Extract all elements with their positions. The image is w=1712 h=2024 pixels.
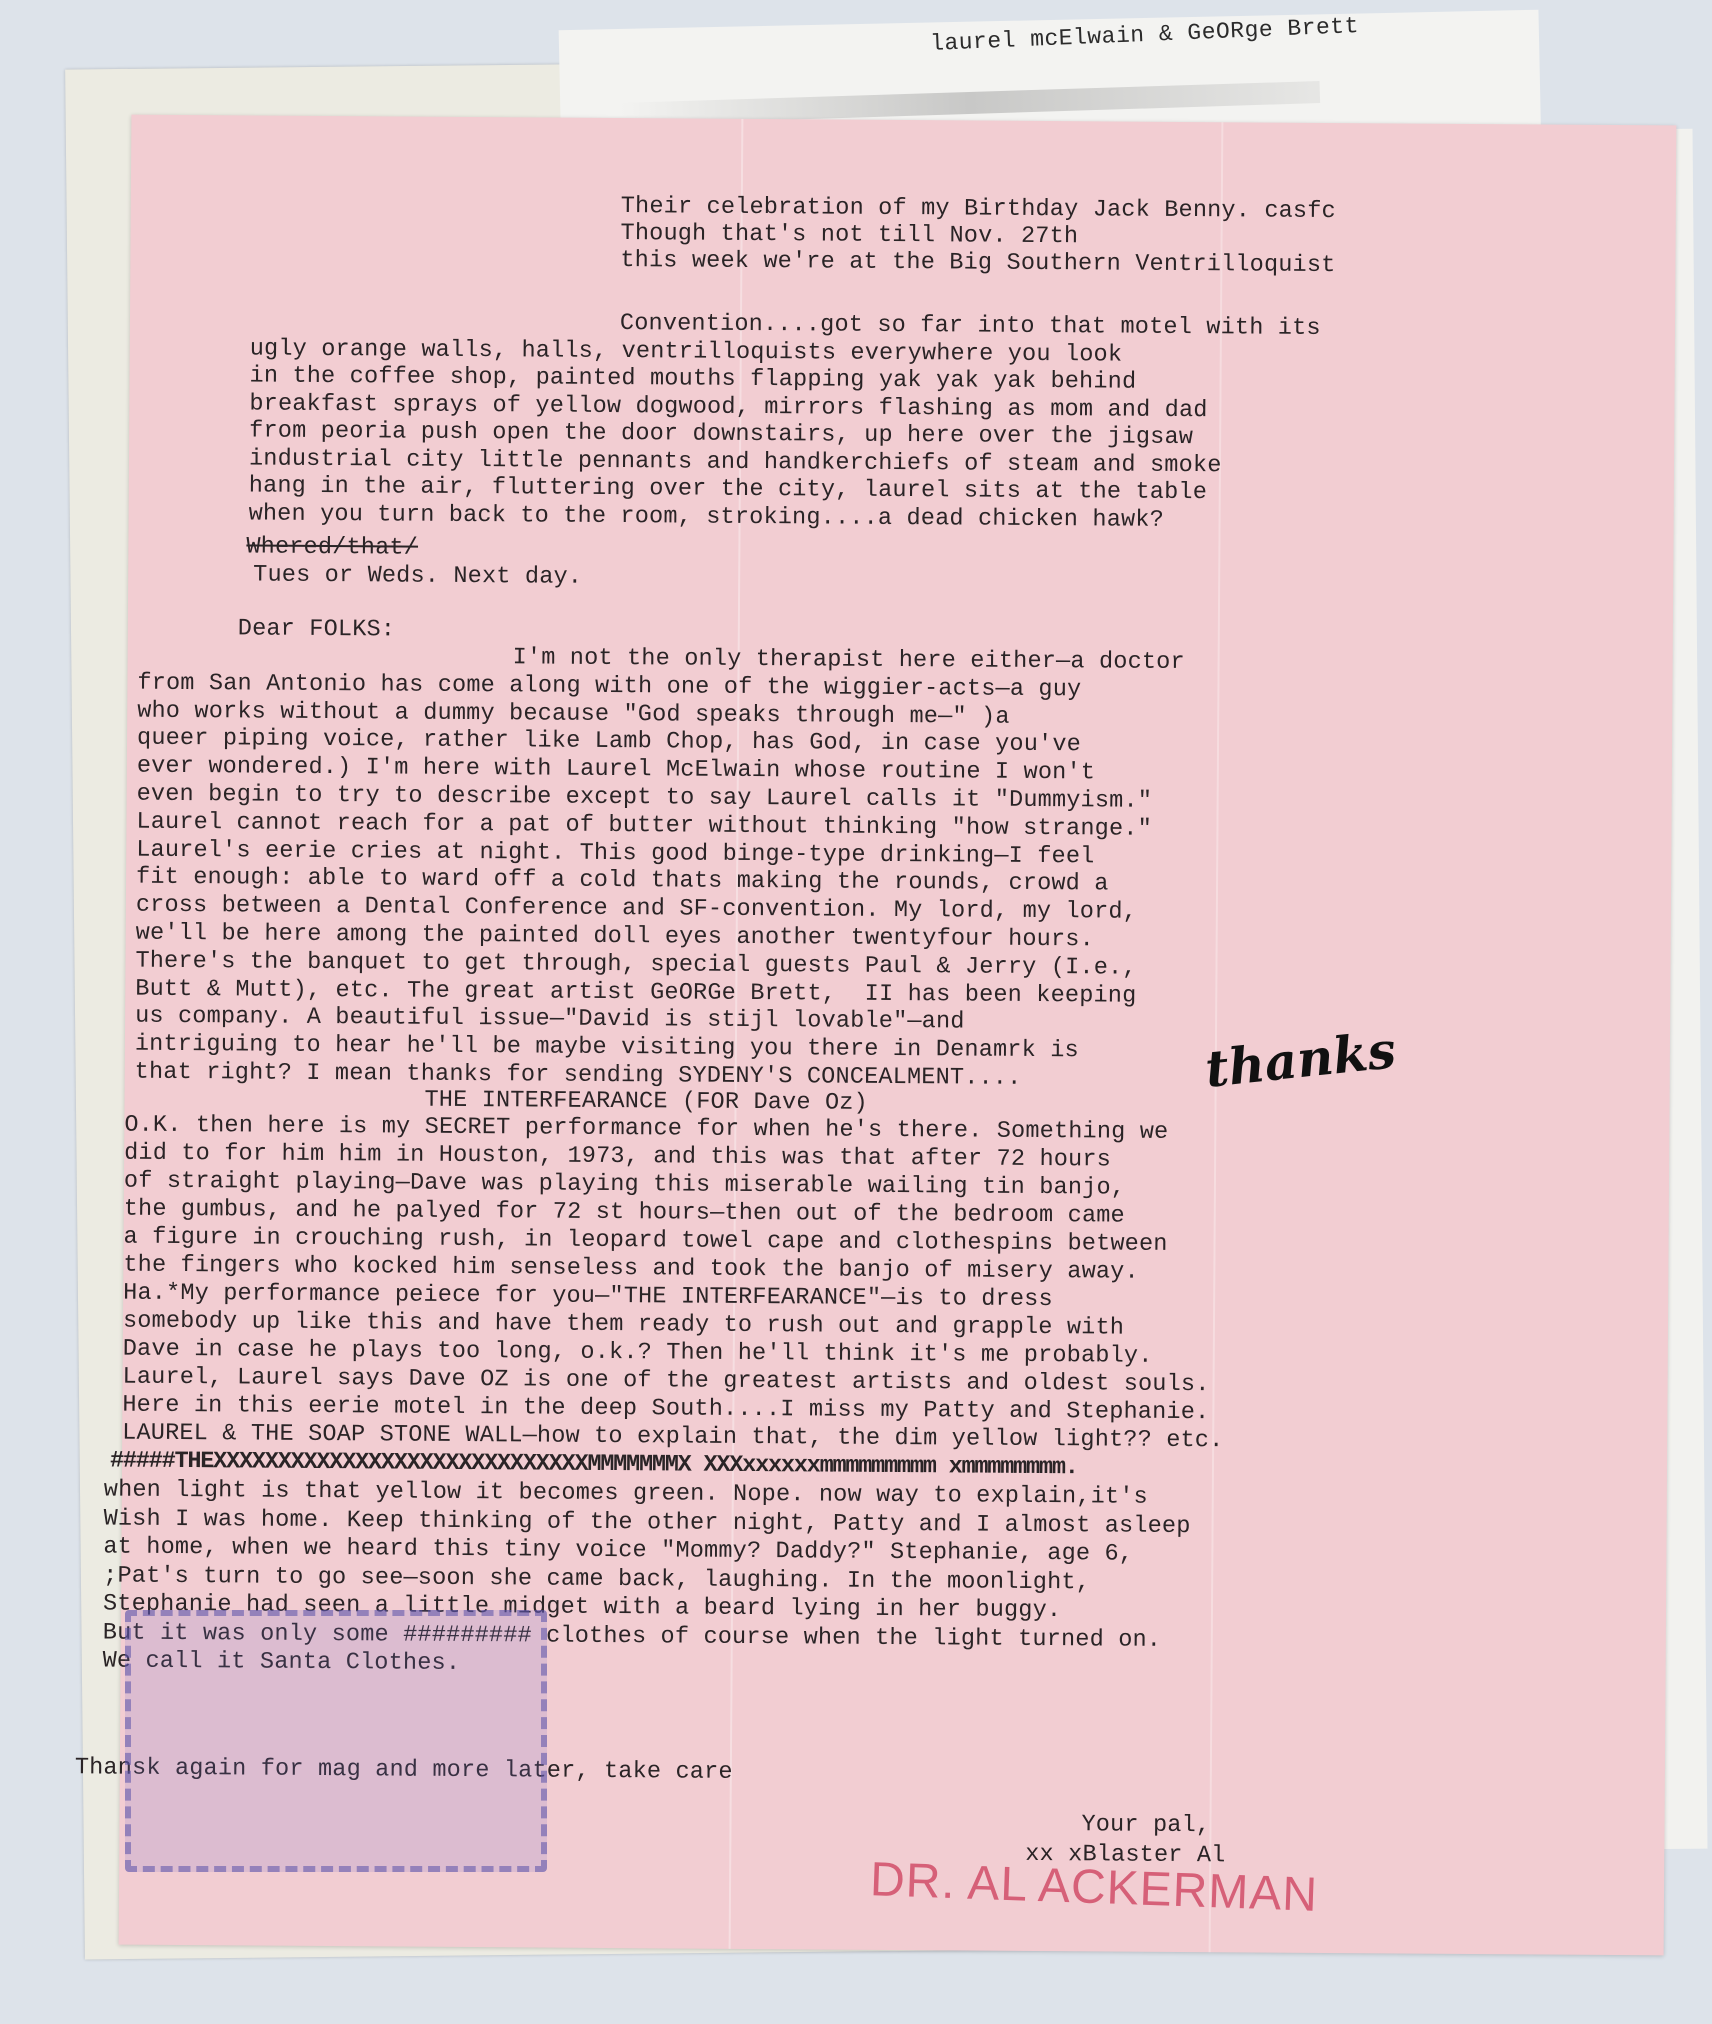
- top-lines: Their celebration of my Birthday Jack Be…: [620, 193, 1336, 279]
- struck-line: Whered/that/: [246, 533, 418, 561]
- body-paragraph: I'm not the only therapist here either—a…: [135, 642, 1185, 1094]
- overstrike-line: #####THEXXXXXXXXXXXXXXXXXXXXXXXXXXXXXMMM…: [110, 1448, 1078, 1482]
- intro-paragraph: Convention....got so far into that motel…: [249, 307, 1321, 534]
- salutation: Dear FOLKS:: [238, 615, 396, 643]
- valediction: Your pal,: [1081, 1811, 1210, 1839]
- text-line: this week we're at the Big Southern Vent…: [620, 247, 1335, 279]
- date-line: Tues or Weds. Next day.: [253, 561, 582, 590]
- section-paragraph: O.K. then here is my SECRET performance …: [122, 1112, 1226, 1456]
- section-title: THE INTERFEARANCE (FOR Dave Oz): [424, 1087, 868, 1117]
- blue-postage-stamp-mark: [125, 1610, 547, 1872]
